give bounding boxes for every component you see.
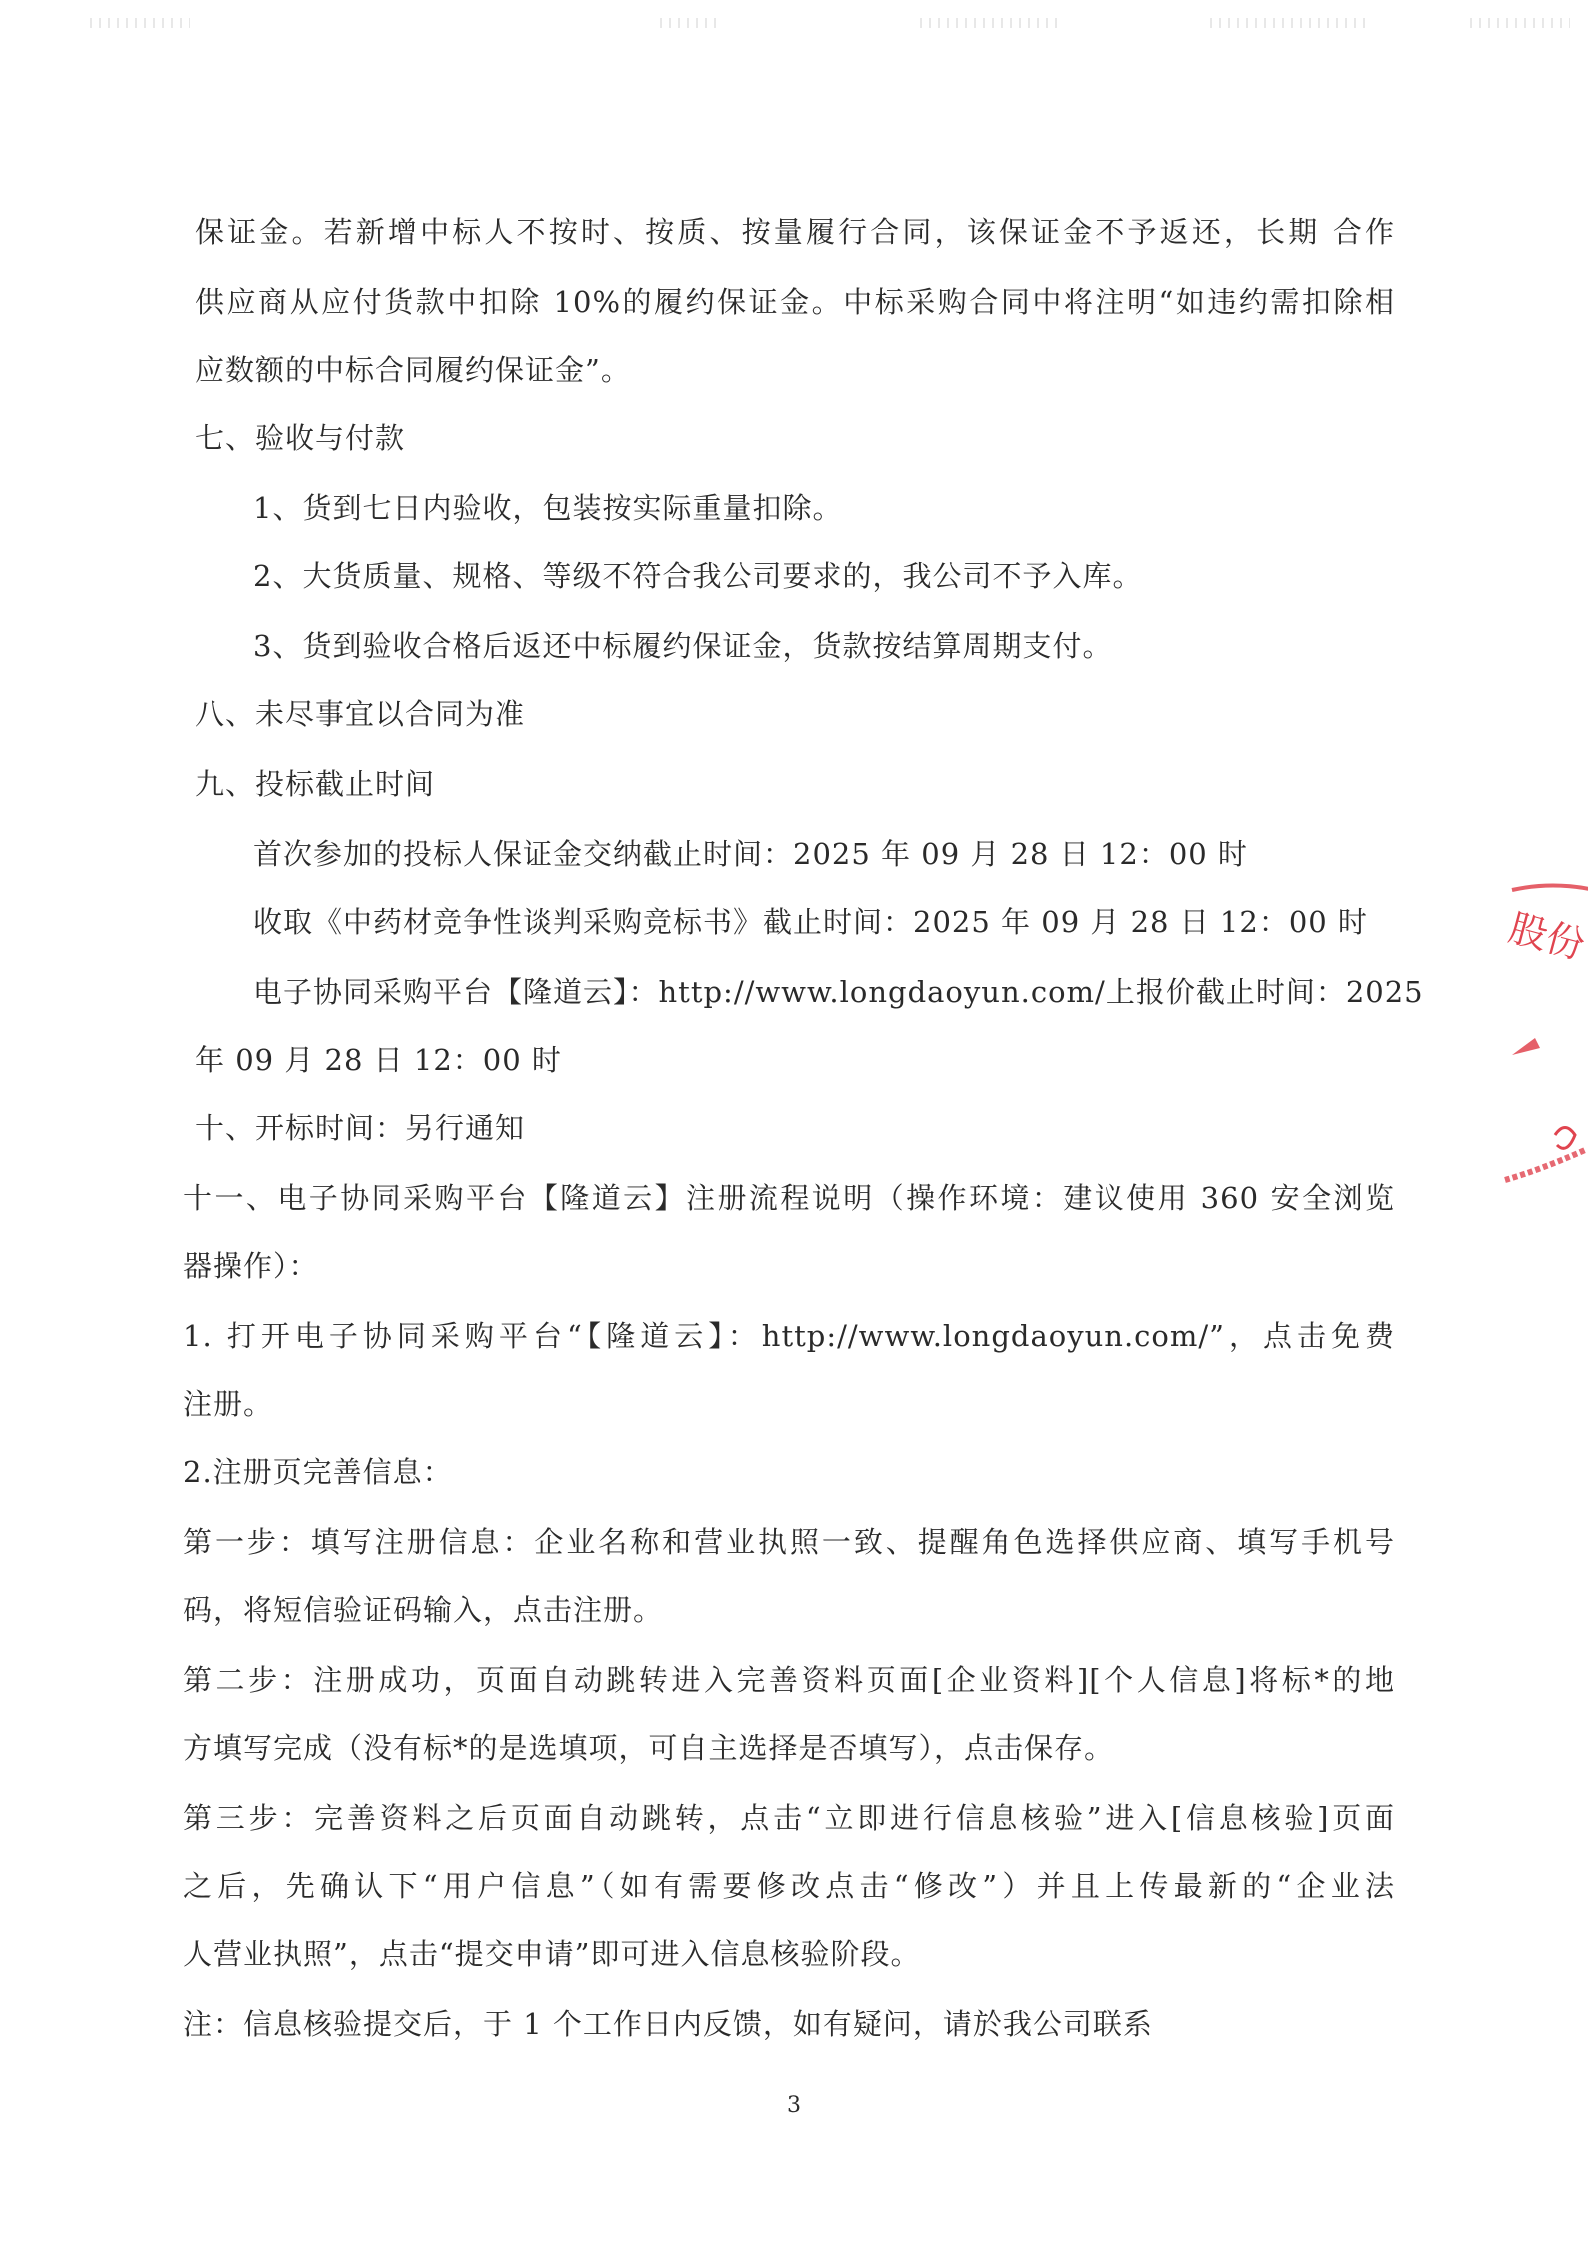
text-line: 第一步：填写注册信息：企业名称和营业执照一致、提醒角色选择供应商、填写手机号 [183, 1524, 1395, 1560]
text-line: 注：信息核验提交后，于 1 个工作日内反馈，如有疑问，请於我公司联系 [183, 2006, 1153, 2042]
document-page: 保证金。若新增中标人不按时、按质、按量履行合同，该保证金不予返还，长期 合作供应… [0, 0, 1588, 2246]
text-line: 供应商从应付货款中扣除 10%的履约保证金。中标采购合同中将注明“如违约需扣除相 [195, 284, 1395, 320]
scan-artifact [1210, 18, 1370, 28]
text-line: 电子协同采购平台【隆道云】：http://www.longdaoyun.com/… [253, 974, 1424, 1010]
scan-artifact [660, 18, 720, 28]
page-number: 3 [0, 2093, 1588, 2118]
company-seal-icon: 股份 [1500, 870, 1588, 1200]
text-line: 保证金。若新增中标人不按时、按质、按量履行合同，该保证金不予返还，长期 合作 [195, 214, 1395, 250]
text-line: 1. 打开电子协同采购平台“【隆道云】：http://www.longdaoyu… [183, 1318, 1395, 1354]
text-line: 人营业执照”，点击“提交申请”即可进入信息核验阶段。 [183, 1936, 920, 1972]
text-line: 九、投标截止时间 [195, 766, 435, 802]
text-line: 1、货到七日内验收，包装按实际重量扣除。 [253, 490, 842, 526]
text-line: 十一、电子协同采购平台【隆道云】注册流程说明（操作环境：建议使用 360 安全浏… [183, 1180, 1395, 1216]
scan-artifact [920, 18, 1060, 28]
text-line: 年 09 月 28 日 12：00 时 [195, 1042, 562, 1078]
text-line: 十、开标时间：另行通知 [195, 1110, 525, 1146]
seal-text: 股份 [1504, 906, 1588, 968]
text-line: 码，将短信验证码输入，点击注册。 [183, 1592, 663, 1628]
text-line: 注册。 [183, 1386, 273, 1422]
text-line: 应数额的中标合同履约保证金”。 [195, 352, 631, 388]
text-line: 收取《中药材竞争性谈判采购竞标书》截止时间：2025 年 09 月 28 日 1… [253, 904, 1368, 940]
text-line: 首次参加的投标人保证金交纳截止时间：2025 年 09 月 28 日 12：00… [253, 836, 1248, 872]
scan-artifact [90, 18, 190, 28]
text-line: 第三步：完善资料之后页面自动跳转，点击“立即进行信息核验”进入[信息核验]页面 [183, 1800, 1395, 1836]
scan-artifact [1470, 18, 1570, 28]
text-line: 2.注册页完善信息： [183, 1454, 453, 1490]
text-line: 第二步：注册成功，页面自动跳转进入完善资料页面[企业资料][个人信息]将标*的地 [183, 1662, 1395, 1698]
text-line: 器操作）： [183, 1248, 319, 1284]
text-line: 方填写完成（没有标*的是选填项，可自主选择是否填写），点击保存。 [183, 1730, 1114, 1766]
text-line: 之后，先确认下“用户信息”（如有需要修改点击“修改”）并且上传最新的“企业法 [183, 1868, 1395, 1904]
text-line: 八、未尽事宜以合同为准 [195, 696, 525, 732]
text-line: 七、验收与付款 [195, 420, 405, 456]
text-line: 2、大货质量、规格、等级不符合我公司要求的，我公司不予入库。 [253, 558, 1142, 594]
text-line: 3、货到验收合格后返还中标履约保证金，货款按结算周期支付。 [253, 628, 1112, 664]
